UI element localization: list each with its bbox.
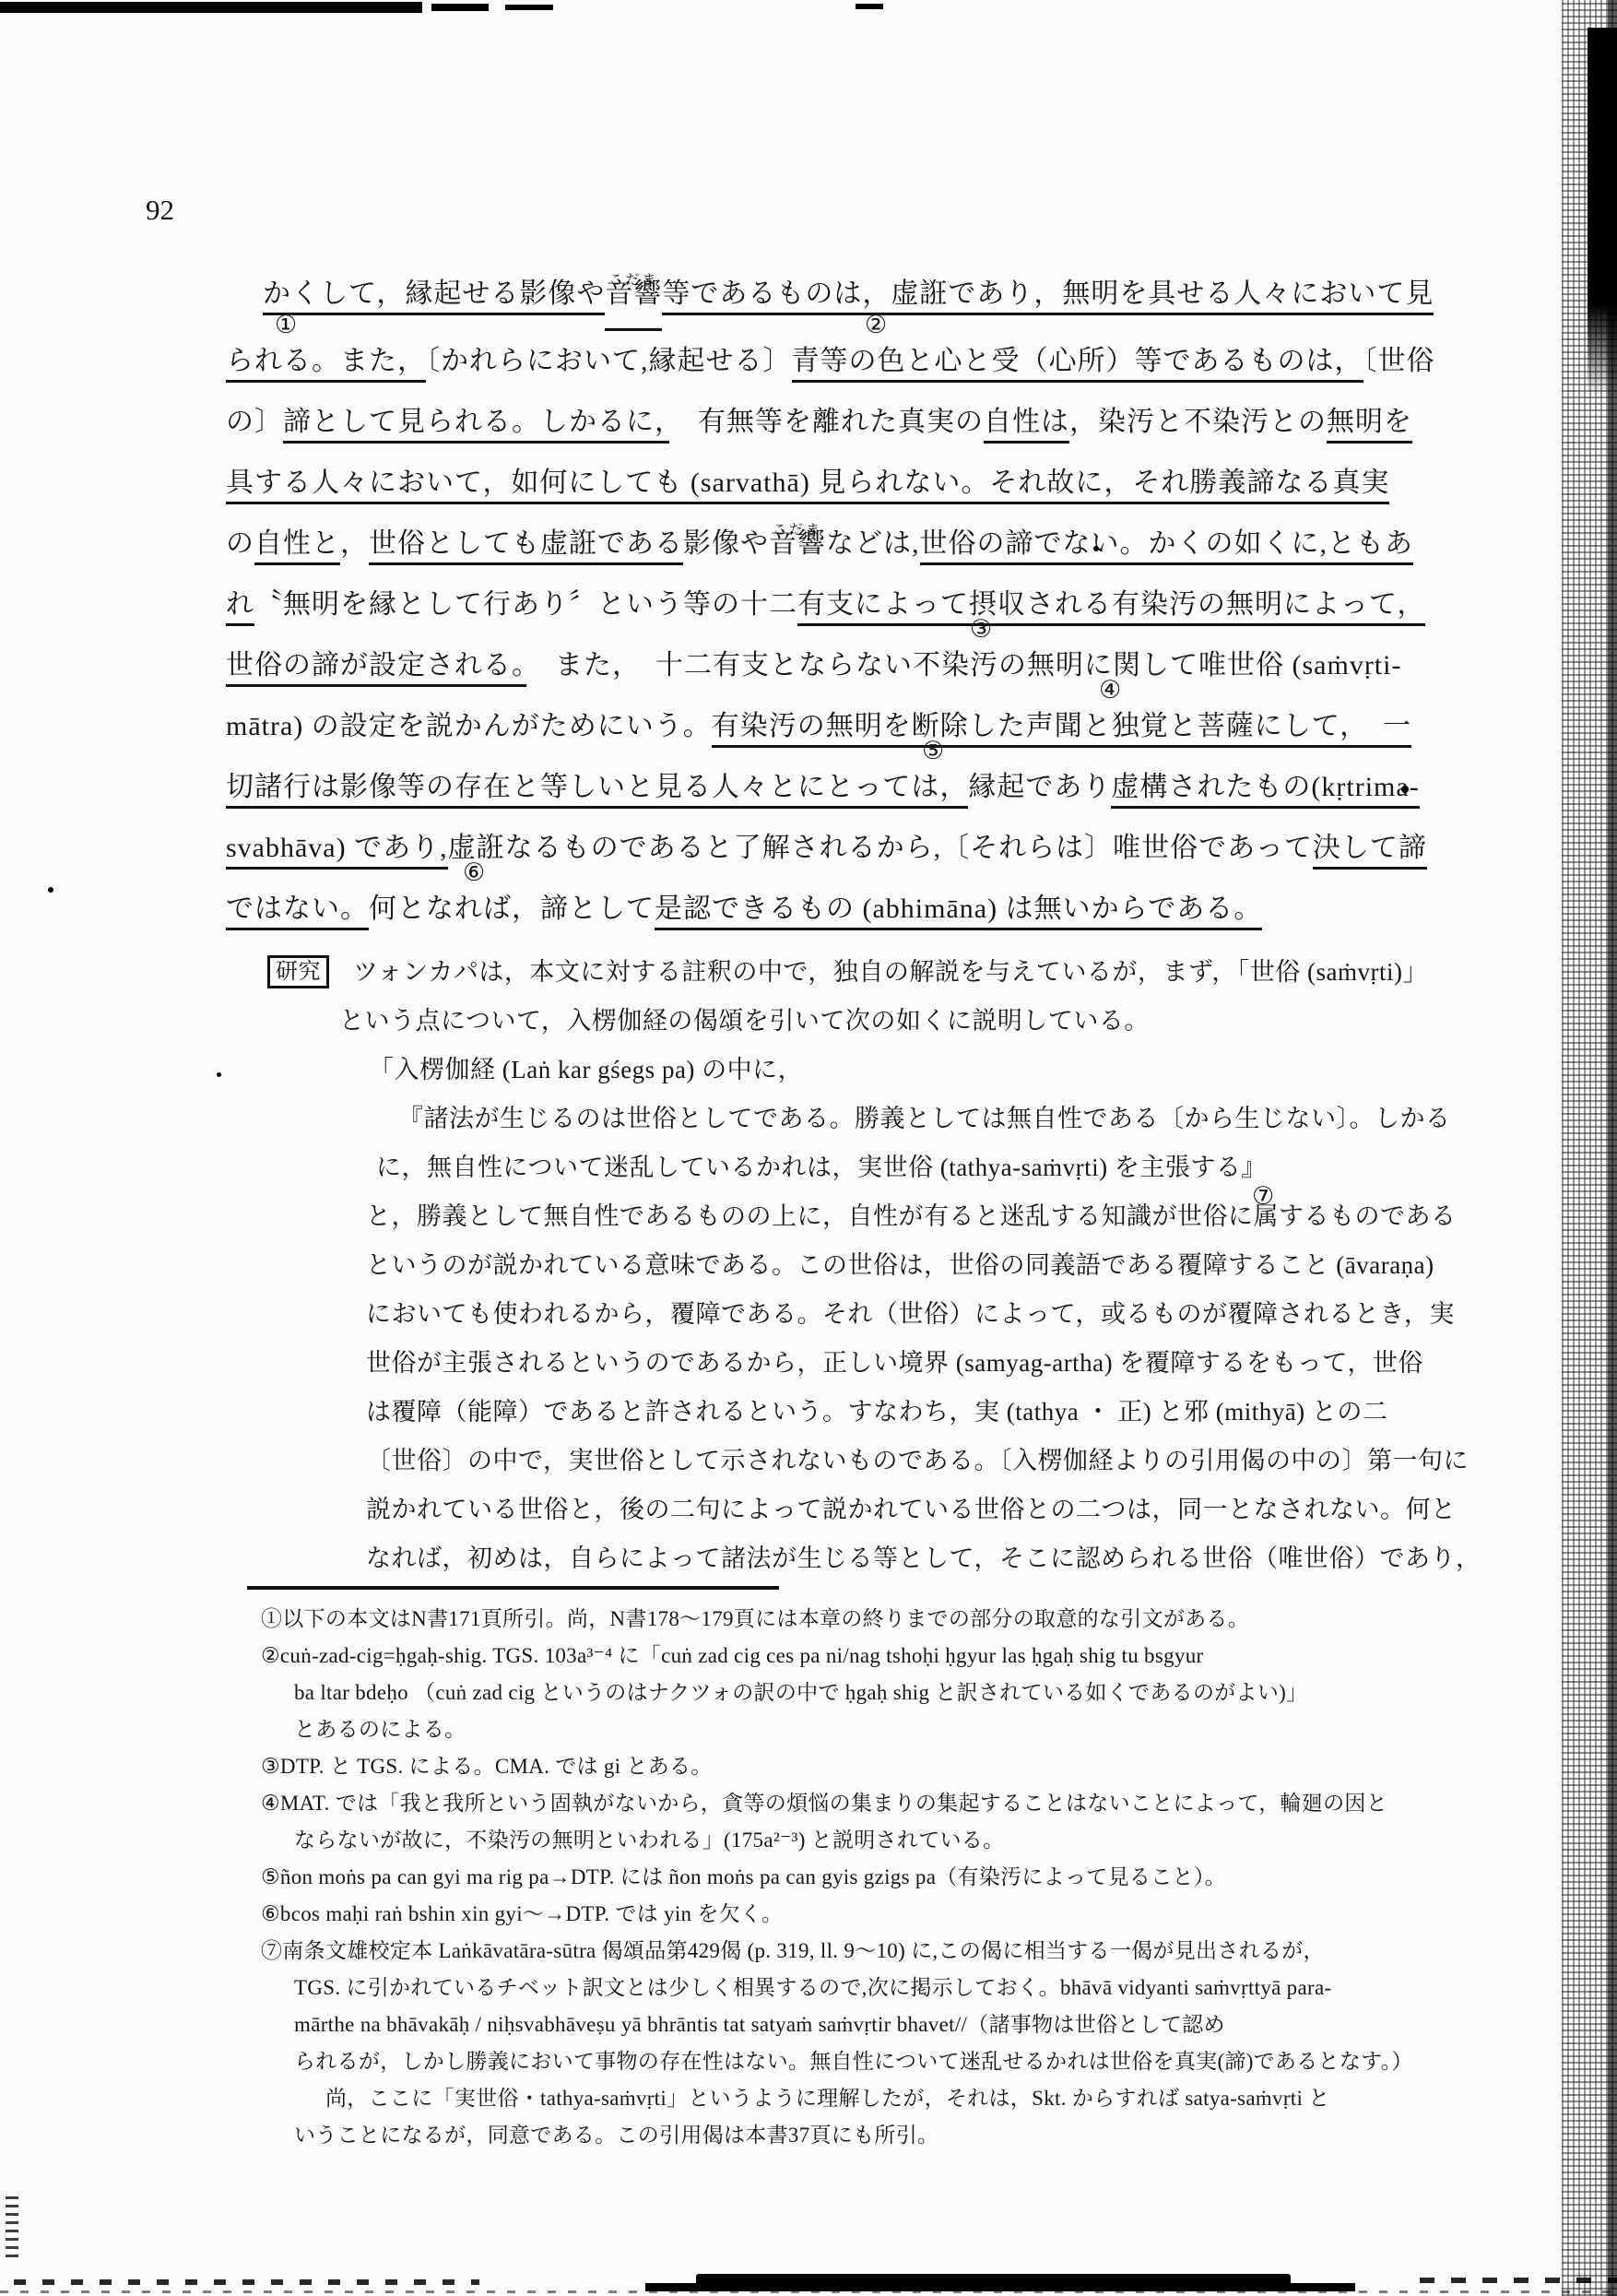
text-line: mātra) の設定を説かんがためにいう。有染汚の無明を断除した声聞と独覚と菩薩…	[226, 696, 1406, 757]
text-line: というのが説かれている意味である。この世俗は，世俗の同義語である覆障すること (…	[267, 1241, 1429, 1290]
text-segment: ，	[340, 528, 369, 559]
scan-artifact-top-dash	[856, 4, 883, 9]
text-segment: 説かれている世俗と，後の二句によって説かれている世俗との二つは，同一となされない…	[366, 1496, 1457, 1523]
text-segment: 「入楞伽経 (Laṅ kar gśegs pa) の中に，	[369, 1056, 803, 1083]
text-segment: いうことになるが，同意である。この引用偈は本書37頁にも所引。	[294, 2124, 938, 2147]
text-line: ⑦南条文雄校定本 Laṅkāvatāra-sūtra 偈頌品第429偈 (p. …	[261, 1933, 1422, 1970]
main-paragraph: かくして，縁起せる影像やこだま音響等であるものは，虚誑であり，無明を具せる人々に…	[226, 264, 1406, 940]
text-segment: 世俗が主張されるというのであるから，正しい境界 (samyag-artha) を…	[366, 1349, 1423, 1377]
text-segment: に，無自性について迷乱しているかれは，実世俗 (tathya-saṁvṛti) …	[376, 1154, 1267, 1181]
scanned-document-page: { "page_number": "92", "main": { "lines"…	[0, 0, 1617, 2296]
text-segment: 有支によって摂収される有染汚の無明によって，	[797, 589, 1425, 626]
text-line: 切諸行は影像等の存在と等しいと見る人々とにとっては，縁起であり虚構されたもの(k…	[226, 757, 1406, 818]
text-segment: 自性と	[254, 528, 340, 565]
footnote-marker-1: ①	[275, 313, 297, 337]
text-segment: れ	[226, 589, 254, 626]
text-line: られる。また，〔かれらにおいて,縁起せる〕青等の色と心と受（心所）等であるものは…	[226, 331, 1406, 392]
text-segment: の〕	[226, 407, 283, 437]
footnote-marker-6: ⑥	[463, 860, 485, 885]
text-line: いうことになるが，同意である。この引用偈は本書37頁にも所引。	[261, 2117, 1422, 2154]
text-segment: 世俗としても虚誑である	[369, 528, 683, 565]
text-segment: ツォンカパは，本文に対する註釈の中で，独自の解説を与えているが，まず，「世俗 (…	[353, 958, 1428, 986]
scan-speck	[217, 1072, 221, 1077]
ruby-text: こだま	[608, 250, 658, 311]
text-line: 〔世俗〕の中で，実世俗として示されないものである。〔入楞伽経よりの引用偈の中の〕…	[267, 1437, 1429, 1485]
text-segment: 是認できるもの (abhimāna) は無いからである。	[655, 894, 1262, 930]
scan-artifact-bottom-dash	[0, 2290, 1617, 2293]
text-line: とあるのによる。	[261, 1711, 1422, 1748]
text-segment: TGS. に引かれているチベット訳文とは少しく相異するので,次に掲示しておく。b…	[294, 1976, 1331, 1999]
text-segment: 具する人々において，如何にしても (sarvathā) 見られない。それ故に，そ…	[226, 467, 1389, 504]
text-line: mārthe na bhāvakāḥ / niḥsvabhāveṣu yā bh…	[261, 2006, 1422, 2043]
text-segment: また， 十二有支とならない不染汚の無明に関して唯世俗 (saṁvṛti-	[526, 650, 1401, 681]
text-line: れ〝無明を縁として行あり〞という等の十二有支によって摂収される有染汚の無明によっ…	[226, 574, 1406, 635]
text-segment: 何となれば，諦として	[369, 894, 655, 924]
text-segment: 〔世俗	[1363, 346, 1435, 376]
text-segment: 〔世俗〕の中で，実世俗として示されないものである。〔入楞伽経よりの引用偈の中の〕…	[366, 1447, 1469, 1474]
text-line: 世俗の諦が設定される。 また， 十二有支とならない不染汚の無明に関して唯世俗 (…	[226, 635, 1406, 696]
text-segment: mārthe na bhāvakāḥ / niḥsvabhāveṣu yā bh…	[294, 2013, 1225, 2036]
footnotes-block: ①以下の本文はN書171頁所引。尚，N書178～179頁には本章の終りまでの部分…	[261, 1601, 1422, 2154]
kenkyu-section: 研究ツォンカパは，本文に対する註釈の中で，独自の解説を与えているが，まず，「世俗…	[267, 948, 1429, 1583]
text-segment: かくして，縁起せる影像や	[263, 278, 605, 315]
text-segment: ではない。	[226, 894, 369, 930]
text-line: は覆障（能障）であると許されるという。すなわち，実 (tathya ・ 正) と…	[267, 1388, 1429, 1437]
text-segment: 『諸法が生じるのは世俗としてである。勝義としては無自性である〔から生じない〕。し…	[398, 1105, 1451, 1132]
scan-speck	[1093, 546, 1099, 551]
text-line: ③DTP. と TGS. による。CMA. では gi とある。	[261, 1748, 1422, 1785]
text-segment: というのが説かれている意味である。この世俗は，世俗の同義語である覆障すること (…	[366, 1251, 1434, 1279]
text-segment: ならないが故に，不染汚の無明といわれる」(175a²⁻³) と説明されている。	[294, 1829, 1004, 1852]
scan-artifact-left-specks	[6, 2193, 18, 2257]
text-segment: 諦として見られる。しかるに，	[283, 407, 669, 444]
scan-artifact-right-edge	[1608, 0, 1617, 2296]
text-segment: 縁起であり	[968, 772, 1111, 802]
text-segment: mātra) の設定を説かんがためにいう。	[226, 711, 712, 741]
text-line: ①以下の本文はN書171頁所引。尚，N書178～179頁には本章の終りまでの部分…	[261, 1601, 1422, 1638]
footnote-marker-5: ⑤	[922, 739, 944, 763]
text-line: においても使われるから，覆障である。それ（世俗）によって，或るものが覆障されると…	[267, 1290, 1429, 1339]
text-segment: 尚，ここに「実世俗・tathya-saṁvṛti」というように理解したが，それは…	[325, 2087, 1330, 2110]
text-line: 世俗が主張されるというのであるから，正しい境界 (samyag-artha) を…	[267, 1339, 1429, 1388]
text-line: ②cuṅ-zad-cig=ḥgaḥ-shig. TGS. 103a³⁻⁴ に「c…	[261, 1638, 1422, 1675]
text-segment: 世俗の諦でない。かくの如くに,ともあ	[920, 528, 1414, 565]
text-segment: 世俗の諦が設定される。	[226, 650, 526, 687]
ruby-text: こだま	[773, 500, 822, 561]
text-line: ⑥bcos maḥi raṅ bshin xin gyi～→DTP. では yi…	[261, 1896, 1422, 1933]
text-segment: ①以下の本文はN書171頁所引。尚，N書178～179頁には本章の終りまでの部分…	[261, 1607, 1249, 1630]
text-segment: 無明を	[1327, 407, 1412, 444]
text-segment: 虚構されたもの(kṛtrima-	[1111, 772, 1419, 809]
footnote-separator-rule	[247, 1586, 779, 1590]
text-segment: ③DTP. と TGS. による。CMA. では gi とある。	[261, 1755, 713, 1778]
text-segment: 有無等を離れた真実の	[669, 407, 984, 437]
text-line: ではない。何となれば，諦として是認できるもの (abhimāna) は無いからで…	[226, 879, 1406, 940]
text-line: なれば，初めは，自らによって諸法が生じる等として，そこに認められる世俗（唯世俗）…	[267, 1534, 1429, 1583]
scan-artifact-top-dash	[431, 4, 489, 11]
text-segment: においても使われるから，覆障である。それ（世俗）によって，或るものが覆障されると…	[366, 1300, 1455, 1328]
footnote-marker-7: ⑦	[1252, 1184, 1274, 1209]
text-segment: 影像や	[683, 528, 769, 559]
text-line: 説かれている世俗と，後の二句によって説かれている世俗との二つは，同一となされない…	[267, 1485, 1429, 1534]
text-segment: という点について，入楞伽経の偈頌を引いて次の如くに説明している。	[339, 1007, 1150, 1035]
text-line: 「入楞伽経 (Laṅ kar gśegs pa) の中に，	[267, 1046, 1429, 1095]
text-segment: 自性は	[984, 407, 1069, 444]
text-line: ④MAT. では「我と我所という固執がないから，貪等の煩悩の集まりの集起すること…	[261, 1785, 1422, 1822]
text-line: ⑤ñon moṅs pa can gyi ma rig pa→DTP. には ñ…	[261, 1859, 1422, 1896]
text-segment: こだま音響	[605, 264, 662, 331]
text-segment: は覆障（能障）であると許されるという。すなわち，実 (tathya ・ 正) と…	[366, 1398, 1387, 1426]
scan-speck	[1401, 786, 1409, 793]
text-segment: なれば，初めは，自らによって諸法が生じる等として，そこに認められる世俗（唯世俗）…	[366, 1544, 1481, 1572]
text-line: TGS. に引かれているチベット訳文とは少しく相異するので,次に掲示しておく。b…	[261, 1970, 1422, 2006]
text-line: という点について，入楞伽経の偈頌を引いて次の如くに説明している。	[267, 997, 1429, 1046]
text-segment: ⑤ñon moṅs pa can gyi ma rig pa→DTP. には ñ…	[261, 1865, 1226, 1888]
text-segment: の	[226, 528, 254, 559]
text-segment: 決して諦	[1313, 833, 1427, 870]
text-segment: 虚誑なるものであると了解されるから,〔それらは〕唯世俗であって	[448, 833, 1313, 863]
scan-artifact-top-bar	[0, 2, 422, 13]
kenkyu-label: 研究	[267, 955, 329, 988]
text-segment: 切諸行は影像等の存在と等しいと見る人々とにとっては，	[226, 772, 968, 809]
page-number: 92	[146, 194, 174, 227]
text-segment: ④MAT. では「我と我所という固執がないから，貪等の煩悩の集まりの集起すること…	[261, 1792, 1387, 1815]
text-segment: と，勝義として無自性であるものの上に，自性が有ると迷乱する知識が世俗に属するもの…	[366, 1202, 1457, 1230]
scan-artifact-top-dash	[505, 5, 553, 10]
text-segment: ②cuṅ-zad-cig=ḥgaḥ-shig. TGS. 103a³⁻⁴ に「c…	[261, 1644, 1203, 1667]
text-line: 研究ツォンカパは，本文に対する註釈の中で，独自の解説を与えているが，まず，「世俗…	[267, 948, 1429, 997]
text-line: の自性と，世俗としても虚誑である影像やこだま音響などは,世俗の諦でない。かくの如…	[226, 514, 1406, 574]
text-segment: ba ltar bdeḥo （cuṅ zad cig というのはナクツォの訳の中…	[294, 1681, 1307, 1704]
text-segment: などは,	[826, 528, 920, 559]
text-segment: 青等の色と心と受（心所）等であるものは，	[792, 346, 1363, 383]
text-segment: ⑥bcos maḥi raṅ bshin xin gyi～→DTP. では yi…	[261, 1902, 783, 1925]
text-segment: こだま音響	[769, 514, 826, 574]
text-line: ならないが故に，不染汚の無明といわれる」(175a²⁻³) と説明されている。	[261, 1822, 1422, 1859]
text-line: 『諸法が生じるのは世俗としてである。勝義としては無自性である〔から生じない〕。し…	[267, 1095, 1429, 1143]
text-segment: svabhāva) であり,	[226, 833, 448, 870]
text-segment: られるが，しかし勝義において事物の存在性はない。無自性について迷乱せるかれは世俗…	[294, 2050, 1413, 2073]
text-line: ba ltar bdeḥo （cuṅ zad cig というのはナクツォの訳の中…	[261, 1675, 1422, 1711]
text-line: svabhāva) であり,虚誑なるものであると了解されるから,〔それらは〕唯世…	[226, 818, 1406, 879]
text-segment: ，染汚と不染汚との	[1069, 407, 1327, 437]
text-line: の〕諦として見られる。しかるに， 有無等を離れた真実の自性は，染汚と不染汚との無…	[226, 392, 1406, 453]
text-line: られるが，しかし勝義において事物の存在性はない。無自性について迷乱せるかれは世俗…	[261, 2043, 1422, 2080]
text-segment: 等であるものは，虚誑であり，無明を具せる人々において見	[662, 278, 1434, 315]
text-line: 尚，ここに「実世俗・tathya-saṁvṛti」というように理解したが，それは…	[261, 2080, 1422, 2117]
text-segment: 〔かれらにおいて,縁起せる〕	[426, 346, 792, 376]
scan-artifact-bottom-dash	[1420, 2278, 1617, 2283]
text-segment: 有染汚の無明を断除した声聞と独覚と菩薩にして， 一	[712, 711, 1411, 748]
text-segment: られる。また，	[226, 346, 426, 383]
footnote-marker-3: ③	[970, 617, 992, 642]
scan-artifact-bottom-dash	[14, 2279, 479, 2285]
text-segment: 〝無明を縁として行あり〞という等の十二	[254, 589, 797, 620]
footnote-marker-4: ④	[1099, 678, 1121, 703]
text-line: かくして，縁起せる影像やこだま音響等であるものは，虚誑であり，無明を具せる人々に…	[226, 264, 1406, 331]
scan-speck	[48, 887, 53, 893]
text-segment: とあるのによる。	[294, 1718, 466, 1741]
footnote-marker-2: ②	[865, 313, 887, 337]
text-segment: ⑦南条文雄校定本 Laṅkāvatāra-sūtra 偈頌品第429偈 (p. …	[261, 1939, 1325, 1962]
